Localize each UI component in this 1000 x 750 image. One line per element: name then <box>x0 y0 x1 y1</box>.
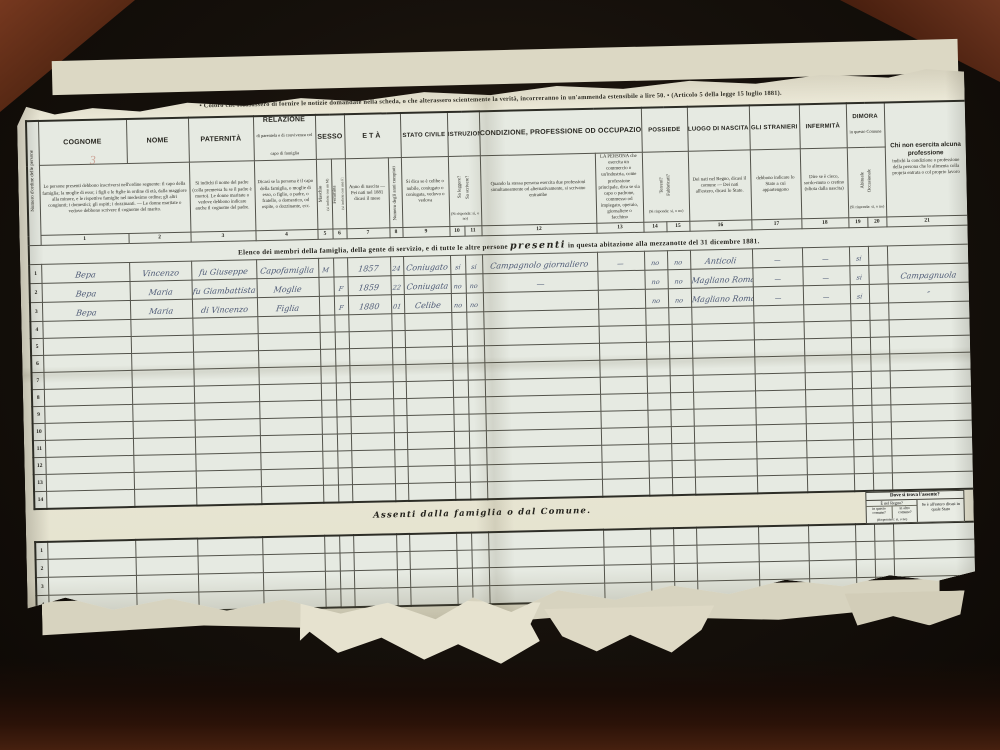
row-number: 8 <box>32 390 44 407</box>
desc-paternita: Si indichi il nome del padre (colla prem… <box>189 161 256 233</box>
estero-label: Se è all'estero dicasi in quale Stato <box>918 499 964 522</box>
desc-stranieri: debbono indicare lo Stato a cui apparten… <box>750 149 802 220</box>
cell-occasionale <box>869 303 888 320</box>
cell-paternita <box>193 368 258 386</box>
cell-nome <box>132 386 194 404</box>
handwritten-entry: no <box>674 259 683 267</box>
cell-paternita: di Vincenzo <box>192 298 257 318</box>
cell-fabbricati <box>672 478 695 495</box>
cell-anno <box>349 365 392 383</box>
cell-stato <box>405 347 452 365</box>
cell-terreni <box>647 376 670 393</box>
cell-cognome <box>44 405 132 424</box>
cell-luogo <box>695 476 757 494</box>
cell-infermita <box>807 457 854 475</box>
cell-relazione: Capofamiglia <box>256 259 318 279</box>
cell-paternita <box>193 351 258 369</box>
cell-scrivere <box>471 532 488 550</box>
desc-due-professioni: Quando la stessa persona esercita due pr… <box>480 153 597 226</box>
cell-anni: 24 <box>390 257 403 276</box>
cell-fabbricati <box>673 528 696 546</box>
cell-infermita <box>808 524 855 543</box>
cell-anno <box>351 416 394 434</box>
cell-persona <box>599 343 646 361</box>
cell-stranieri <box>753 305 803 323</box>
col-possiede: POSSIEDE <box>641 107 688 152</box>
cell-stato <box>410 569 457 588</box>
cell-occasionale <box>870 320 889 337</box>
column-number: 5 <box>317 229 332 239</box>
cell-chinon: Campagnuola <box>887 264 969 285</box>
cell-chinon <box>893 539 975 559</box>
cell-f <box>340 571 354 589</box>
cell-m <box>319 315 334 332</box>
sub-anno-nascita: Anno di nascita — Pei nati nel 1881 dica… <box>345 158 390 229</box>
cell-occasionale <box>872 439 891 456</box>
cell-nome <box>135 538 197 557</box>
cell-stato <box>406 381 453 399</box>
cell-relazione: Figlia <box>257 297 319 317</box>
cell-m <box>321 400 336 417</box>
cell-abituale <box>854 457 873 474</box>
cell-stato <box>407 432 454 450</box>
handwritten-entry: 1859 <box>358 283 380 292</box>
cell-anni <box>392 365 405 382</box>
cell-stranieri <box>754 339 804 357</box>
cell-anni <box>394 433 407 450</box>
cell-abituale <box>855 542 874 560</box>
cell-relazione <box>261 469 323 487</box>
desc-relazione: Dicasi se la persona è il capo della fam… <box>254 159 318 231</box>
row-number: 11 <box>33 441 45 458</box>
order-number-label: Numero d'ordine delle persone <box>30 150 37 212</box>
cell-persona <box>601 445 648 463</box>
absent-caption: Assenti dalla famiglia o dal Comune. <box>373 506 591 521</box>
cell-f <box>333 258 347 277</box>
cell-occasionale <box>871 371 890 388</box>
cell-stranieri: — <box>753 286 803 306</box>
cell-terreni <box>647 393 670 410</box>
cell-chinon <box>890 387 972 406</box>
column-number: 14 <box>643 222 666 232</box>
cell-cognome <box>44 388 132 407</box>
census-form-sheet: • Coloro che ricusassero di fornire le n… <box>16 62 976 631</box>
cell-infermita <box>804 338 851 356</box>
handwritten-entry: Vincenzo <box>141 269 179 279</box>
handwritten-entry: Campagnuola <box>900 271 957 281</box>
cell-scrivere <box>470 482 487 499</box>
cell-persona <box>604 565 651 584</box>
cell-cognome <box>43 337 131 356</box>
cell-fabbricati: no <box>667 251 690 270</box>
desc-cognome-nome: Le persone presenti debbono inscriversi … <box>39 162 190 236</box>
handwritten-entry: — <box>774 295 782 303</box>
cell-occasionale <box>874 523 893 541</box>
cell-occasionale <box>874 541 893 559</box>
cell-f <box>337 417 351 434</box>
desc-stato-civile: Si dica se è celibe o nubile, coniugato … <box>401 157 450 228</box>
cell-terreni <box>646 342 669 359</box>
row-number: 1 <box>29 265 41 284</box>
cell-anni: 01 <box>391 295 404 314</box>
cell-infermita <box>804 355 851 373</box>
cell-anni <box>391 314 404 331</box>
cell-anno <box>350 399 393 417</box>
col-nome: NOME <box>126 118 189 164</box>
handwritten-entry: no <box>470 301 479 309</box>
handwritten-entry: si <box>454 264 461 272</box>
cell-nome <box>133 437 195 455</box>
cell-paternita <box>198 573 263 592</box>
handwritten-entry: M <box>322 266 330 274</box>
cell-f: F <box>333 277 347 296</box>
cell-paternita <box>195 436 260 454</box>
handwritten-entry: no <box>675 297 684 305</box>
cell-stranieri <box>755 373 805 391</box>
cell-terreni: no <box>644 270 667 289</box>
cell-abituale <box>853 423 872 440</box>
col-istruzione: ISTRUZIONE <box>447 111 480 156</box>
cell-cognome: Bepa <box>41 263 129 284</box>
cell-luogo: Magliano Romano <box>691 287 753 307</box>
cell-abituale <box>852 389 871 406</box>
cell-fabbricati <box>674 564 697 582</box>
cell-fabbricati <box>669 325 692 342</box>
cell-anno: 1880 <box>348 295 391 315</box>
cell-m <box>323 485 338 502</box>
cell-cognome <box>48 558 136 578</box>
handwritten-entry: si <box>855 255 862 263</box>
cell-nome <box>134 488 196 506</box>
cell-occasionale <box>871 388 890 405</box>
handwritten-entry: Bepa <box>74 271 96 280</box>
cell-scrivere <box>469 431 486 448</box>
row-number: 4 <box>30 322 42 339</box>
cell-f <box>335 366 349 383</box>
cell-m <box>320 332 335 349</box>
cell-stato <box>409 533 456 552</box>
cell-cognome: Bepa <box>42 301 130 322</box>
cell-stranieri <box>757 458 807 476</box>
cell-cognome <box>46 490 134 509</box>
cell-stranieri <box>754 356 804 374</box>
cell-relazione <box>261 486 323 504</box>
column-number: 19 <box>848 218 867 228</box>
handwritten-entry: — <box>617 260 625 268</box>
cell-stranieri <box>755 390 805 408</box>
cell-abituale <box>851 355 870 372</box>
cell-infermita <box>808 542 855 561</box>
handwritten-entry: Figlia <box>276 304 300 314</box>
cell-f <box>338 468 352 485</box>
cell-cognome <box>42 320 130 339</box>
cell-stranieri: — <box>752 248 802 268</box>
cell-nome <box>131 335 193 353</box>
cell-m <box>322 434 337 451</box>
cell-luogo <box>692 357 754 375</box>
cell-chinon <box>891 420 973 439</box>
handwritten-entry: — <box>823 294 831 302</box>
cell-persona <box>599 360 646 378</box>
cell-fabbricati <box>669 342 692 359</box>
cell-chinon <box>892 471 974 490</box>
cell-abituale <box>856 560 875 578</box>
cell-leggere <box>453 397 468 414</box>
cell-nome <box>134 471 196 489</box>
cell-stranieri <box>756 441 806 459</box>
handwritten-entry: no <box>470 282 479 290</box>
cell-m <box>324 535 339 553</box>
cell-terreni <box>650 528 673 546</box>
row-number: 2 <box>30 284 42 303</box>
cell-fabbricati: no <box>667 270 690 289</box>
cell-professione <box>483 291 598 313</box>
cell-stato <box>406 398 453 416</box>
cell-anno <box>353 534 396 553</box>
sub-femmina: Femmina(si indichi con una F) <box>331 159 347 230</box>
cell-relazione <box>260 418 322 436</box>
cell-chinon <box>891 437 973 456</box>
cell-anno <box>349 331 392 349</box>
cell-terreni <box>645 308 668 325</box>
cell-anni <box>392 348 405 365</box>
cell-paternita <box>198 555 263 574</box>
cell-terreni <box>648 444 671 461</box>
handwritten-entry: no <box>652 297 661 305</box>
cell-m <box>324 553 339 571</box>
cell-stranieri <box>755 407 805 425</box>
present-persons-table: Numero d'ordine delle persone COGNOME NO… <box>25 100 975 510</box>
cell-scrivere: no <box>466 293 483 312</box>
cell-cognome <box>43 354 131 373</box>
column-number: 15 <box>666 222 689 232</box>
torn-paper-scrap <box>544 603 716 657</box>
cell-f <box>340 589 354 607</box>
col-relazione: RELAZIONEdi parentela e di convivenza co… <box>253 115 316 161</box>
cell-f <box>335 349 349 366</box>
cell-luogo <box>693 408 755 426</box>
handwritten-entry: Campagnolo giornaliero <box>490 260 589 271</box>
cell-paternita: fu Giambattista <box>191 279 256 299</box>
cell-occasionale <box>869 284 888 303</box>
row-number: 7 <box>31 373 43 390</box>
cell-leggere <box>452 364 467 381</box>
handwritten-entry: si <box>856 293 863 301</box>
handwritten-entry: — <box>535 280 544 289</box>
cell-leggere <box>454 431 469 448</box>
row-number: 12 <box>33 458 45 475</box>
cell-infermita: — <box>802 247 849 267</box>
cell-scrivere <box>467 363 484 380</box>
cell-anni <box>395 484 408 501</box>
cell-occasionale <box>871 405 890 422</box>
cell-luogo <box>693 391 755 409</box>
cell-luogo <box>692 323 754 341</box>
col-paternita: PATERNITÀ <box>188 116 254 162</box>
cell-cognome: Bepa <box>42 282 130 303</box>
cell-anno <box>354 570 397 589</box>
handwritten-entry: F <box>338 304 344 312</box>
cell-leggere: no <box>450 275 465 294</box>
cell-stranieri <box>754 322 804 340</box>
altro-comune-label: in altro comune? <box>892 506 917 519</box>
cell-occasionale <box>875 559 894 577</box>
col-stato-civile: STATO CIVILE <box>400 112 448 158</box>
cell-stato <box>405 330 452 348</box>
cell-infermita <box>805 406 852 424</box>
cell-leggere <box>454 448 469 465</box>
column-number: 10 <box>449 227 464 237</box>
cell-stato <box>405 364 452 382</box>
cell-fabbricati <box>670 393 693 410</box>
cell-stranieri <box>758 525 808 544</box>
handwritten-entry: Capofamiglia <box>260 266 315 276</box>
cell-cognome <box>45 439 133 458</box>
desc-la-persona: LA PERSONA che esercita un commercio o u… <box>595 152 644 223</box>
handwritten-entry: no <box>674 278 683 286</box>
cell-stranieri <box>758 543 808 562</box>
handwritten-entry: 22 <box>392 284 401 292</box>
handwritten-entry: Coniugato <box>405 263 448 273</box>
cell-professione: — <box>482 272 597 294</box>
row-number: 13 <box>34 475 46 492</box>
cell-persona <box>601 428 648 446</box>
cell-infermita <box>806 440 853 458</box>
sub-maschio: Maschio(si indichi con un M) <box>316 159 333 230</box>
cell-anni <box>396 552 409 570</box>
cell-anni <box>394 416 407 433</box>
cell-paternita <box>195 453 260 471</box>
cell-infermita <box>806 423 853 441</box>
cell-leggere <box>455 465 470 482</box>
handwritten-entry: — <box>773 257 781 265</box>
cell-paternita <box>192 317 257 335</box>
cell-anno <box>352 467 395 485</box>
cell-anni <box>397 588 410 606</box>
cell-abituale <box>851 338 870 355</box>
cell-paternita <box>194 402 259 420</box>
cell-stato <box>410 587 457 606</box>
cell-m <box>322 451 337 468</box>
cell-abituale <box>854 474 873 491</box>
col-stranieri: GLI STRANIERI <box>749 104 800 150</box>
cell-anno <box>350 382 393 400</box>
cell-stranieri <box>757 475 807 493</box>
cell-luogo <box>694 425 756 443</box>
cell-stranieri <box>756 424 806 442</box>
cell-chinon <box>889 336 971 355</box>
handwritten-entry: si <box>856 274 863 282</box>
cell-anno <box>352 484 395 502</box>
cell-occasionale <box>868 265 887 284</box>
cell-persona: — <box>597 252 644 272</box>
handwritten-entry: no <box>454 283 463 291</box>
cell-f <box>334 315 348 332</box>
cell-terreni <box>649 478 672 495</box>
cell-nome <box>136 556 198 575</box>
cell-abituale <box>850 304 869 321</box>
cell-f: F <box>334 296 348 315</box>
cell-chinon <box>889 353 971 372</box>
cell-nome <box>131 369 193 387</box>
cell-relazione <box>258 333 320 351</box>
handwritten-entry: Maria <box>148 288 173 298</box>
cell-abituale <box>851 321 870 338</box>
row-number: 9 <box>32 407 44 424</box>
cell-m <box>325 571 340 589</box>
cell-leggere <box>452 330 467 347</box>
cell-terreni <box>647 410 670 427</box>
cell-cognome <box>45 456 133 475</box>
handwritten-entry: Anticoli <box>705 257 737 267</box>
cell-f <box>336 400 350 417</box>
cell-chinon <box>890 370 972 389</box>
cell-nome: Vincenzo <box>129 262 191 282</box>
handwritten-entry: Maria <box>148 307 173 317</box>
rispondere-note: (Rispondere: sì, o no) <box>867 518 918 523</box>
cell-relazione <box>258 350 320 368</box>
cell-cognome <box>47 540 135 560</box>
cell-anni: 22 <box>390 276 403 295</box>
cell-m: M <box>318 258 333 277</box>
row-number: 3 <box>30 303 42 322</box>
cell-stato: Celibe <box>404 294 451 314</box>
cell-stato: Coniugata <box>403 275 450 295</box>
cell-nome <box>133 454 195 472</box>
cell-fabbricati <box>672 461 695 478</box>
cell-luogo <box>692 340 754 358</box>
cell-m <box>323 468 338 485</box>
row-number: 6 <box>31 356 43 373</box>
handwritten-entry: 1857 <box>358 264 380 273</box>
cell-infermita <box>809 560 856 579</box>
cell-persona <box>597 271 644 291</box>
cell-terreni: no <box>645 289 668 308</box>
cell-stato <box>408 483 455 501</box>
handwritten-entry: no <box>651 278 660 286</box>
cell-fabbricati <box>668 308 691 325</box>
cell-relazione <box>259 384 321 402</box>
handwritten-entry: Bepa <box>75 290 97 299</box>
form-content: • Coloro che ricusassero di fornire le n… <box>16 62 976 631</box>
cell-leggere <box>455 482 470 499</box>
cell-anni <box>394 450 407 467</box>
cell-fabbricati: no <box>668 289 691 308</box>
desc-luogo: Dei nati nel Regno, dicasi il comune — D… <box>688 150 752 222</box>
cell-f <box>335 332 349 349</box>
row-number: 2 <box>36 560 48 578</box>
cell-anni <box>396 534 409 552</box>
cell-occasionale <box>873 473 892 490</box>
cell-occasionale <box>872 422 891 439</box>
cell-fabbricati <box>673 546 696 564</box>
table-header: Numero d'ordine delle persone COGNOME NO… <box>26 101 969 265</box>
cell-relazione <box>259 401 321 419</box>
cell-leggere <box>453 380 468 397</box>
cell-stato <box>407 415 454 433</box>
cell-stato <box>404 313 451 331</box>
cell-fabbricati <box>670 376 693 393</box>
cell-cognome <box>46 473 134 492</box>
cell-scrivere <box>468 380 485 397</box>
cell-stato <box>408 466 455 484</box>
cell-paternita <box>194 385 259 403</box>
handwritten-entry: Magliano Romano <box>691 294 753 305</box>
handwritten-entry: Moglie <box>273 285 302 295</box>
cell-leggere <box>456 550 471 568</box>
cell-occasionale <box>873 456 892 473</box>
cell-anno <box>351 450 394 468</box>
